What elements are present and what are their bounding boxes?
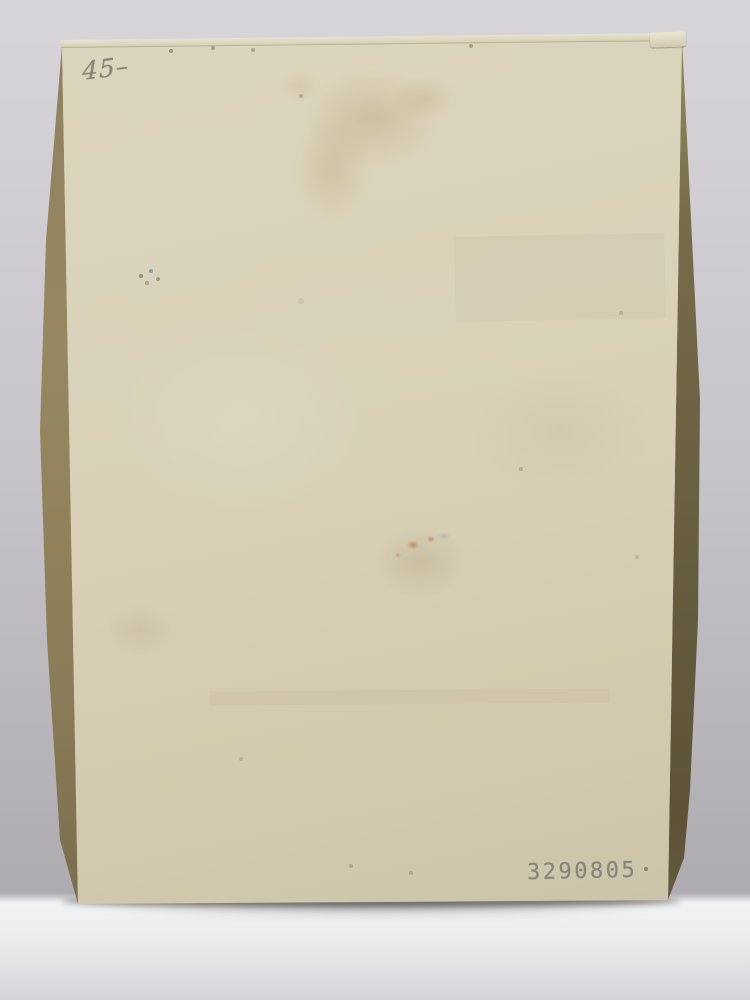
box-back-cover: 45– 3290805 [0, 0, 750, 1000]
photo-scene: 45– 3290805 [0, 0, 750, 1000]
foxing-specks [0, 0, 2, 2]
crumpled-corner [650, 31, 687, 47]
faint-impression-mark [454, 233, 665, 322]
faint-crease-line [210, 689, 610, 706]
handwritten-price: 45– [82, 53, 129, 84]
serial-number-stamp: 3290805 [527, 860, 638, 884]
